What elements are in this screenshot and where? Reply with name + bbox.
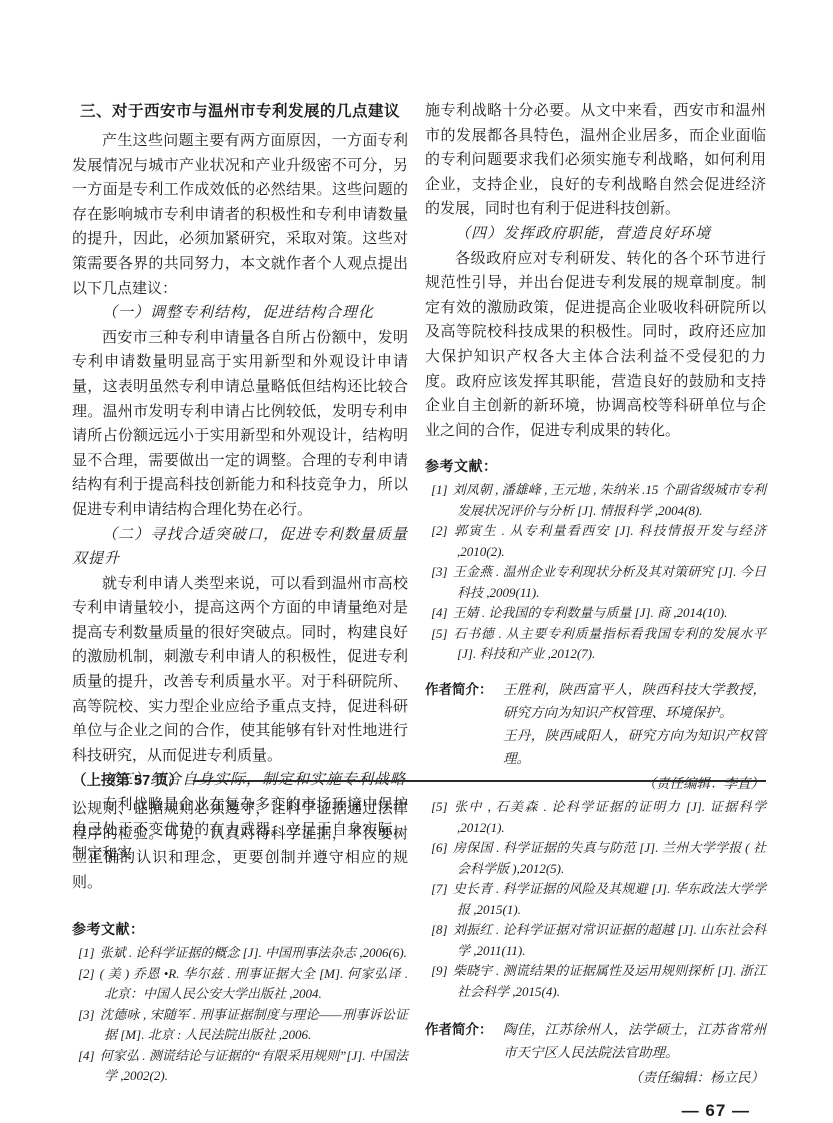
reference-text: 王婧 . 论我国的专利数量与质量 [J]. 商 ,2014(10). bbox=[453, 605, 728, 620]
article-patent: 三、对于西安市与温州市专利发展的几点建议 产生这些问题主要有两方面原因，一方面专… bbox=[72, 99, 766, 867]
sub-heading-1: （一）调整专利结构，促进结构合理化 bbox=[72, 301, 408, 326]
reference-number: [5] bbox=[431, 626, 448, 641]
reference-item: [9]柴晓宇 . 测谎结果的证据属性及运用规则探析 [J]. 浙江社会科学 ,2… bbox=[431, 961, 766, 1002]
reference-text: 柴晓宇 . 测谎结果的证据属性及运用规则探析 [J]. 浙江社会科学 ,2015… bbox=[453, 963, 766, 999]
reference-text: 刘凤朝 , 潘雄峰 , 王元地 , 朱纳米 .15 个副省级城市专利发展状况评价… bbox=[453, 482, 766, 518]
reference-item: [3]沈德咏 , 宋随军 . 刑事证据制度与理论——刑事诉讼证据 [M]. 北京… bbox=[78, 1005, 408, 1046]
editor-note: （责任编辑：杨立民） bbox=[503, 1066, 766, 1089]
reference-number: [5] bbox=[431, 799, 448, 814]
author-bio-line: 陶佳，江苏徐州人，法学硕士，江苏省常州市天宁区人民法院法官助理。 bbox=[503, 1018, 766, 1064]
reference-item: [2]( 美 ) 乔恩 •R. 华尔兹 . 刑事证据大全 [M]. 何家弘译 .… bbox=[78, 964, 408, 1005]
reference-text: ( 美 ) 乔恩 •R. 华尔兹 . 刑事证据大全 [M]. 何家弘译 . 北京… bbox=[100, 966, 408, 1002]
reference-item: [4]王婧 . 论我国的专利数量与质量 [J]. 商 ,2014(10). bbox=[431, 603, 766, 624]
reference-number: [1] bbox=[78, 945, 95, 960]
reference-item: [2]郭寅生 . 从专利量看西安 [J]. 科技情报开发与经济 ,2010(2)… bbox=[431, 521, 766, 562]
reference-item: [6]房保国 . 科学证据的失真与防范 [J]. 兰州大学学报 ( 社会科学版 … bbox=[431, 838, 766, 879]
sub-heading-2: （二）寻找合适突破口，促进专利数量质量双提升 bbox=[72, 523, 408, 572]
reference-text: 房保国 . 科学证据的失真与防范 [J]. 兰州大学学报 ( 社会科学版 ),2… bbox=[453, 840, 766, 876]
reference-list: [1]张斌 . 论科学证据的概念 [J]. 中国刑事法杂志 ,2006(6). … bbox=[78, 943, 408, 1087]
article-continued: （上接第 57 页） 讼规则、证据规则必须遵守，让科学证据通过法律程序的检验。可… bbox=[72, 771, 766, 1121]
top-left-column: 三、对于西安市与温州市专利发展的几点建议 产生这些问题主要有两方面原因，一方面专… bbox=[72, 99, 408, 867]
sub-heading-4: （四）发挥政府职能，营造良好环境 bbox=[425, 222, 766, 247]
author-bio: 作者简介： 陶佳，江苏徐州人，法学硕士，江苏省常州市天宁区人民法院法官助理。 （… bbox=[425, 1018, 766, 1089]
reference-item: [8]刘振红 . 论科学证据对常识证据的超越 [J]. 山东社会科学 ,2011… bbox=[431, 920, 766, 961]
reference-number: [6] bbox=[431, 840, 448, 855]
section-heading: 三、对于西安市与温州市专利发展的几点建议 bbox=[72, 99, 408, 125]
reference-text: 郭寅生 . 从专利量看西安 [J]. 科技情报开发与经济 ,2010(2). bbox=[453, 523, 766, 559]
paragraph-continuation: 施专利战略十分必要。从文中来看，西安市和温州市的发展都各具特色，温州企业居多，而… bbox=[425, 99, 766, 222]
paragraph-continuation: 讼规则、证据规则必须遵守，让科学证据通过法律程序的检验。可见，认真对待科学证据，… bbox=[72, 797, 408, 895]
references-title: 参考文献： bbox=[425, 456, 766, 477]
reference-number: [2] bbox=[78, 966, 95, 981]
continued-divider: （上接第 57 页） bbox=[72, 771, 766, 791]
author-bio-label: 作者简介： bbox=[425, 1018, 493, 1041]
references-title: 参考文献： bbox=[72, 919, 408, 940]
continued-from-label: （上接第 57 页） bbox=[72, 771, 183, 791]
reference-text: 石书德 . 从主要专利质量指标看我国专利的发展水平 [J]. 科技和产业 ,20… bbox=[453, 626, 766, 662]
paragraph: 就专利申请人类型来说，可以看到温州市高校专利申请量较小，提高这两个方面的申请量绝… bbox=[72, 572, 408, 769]
reference-list: [5]张中 , 石美森 . 论科学证据的证明力 [J]. 证据科学 ,2012(… bbox=[431, 797, 766, 1002]
reference-text: 张斌 . 论科学证据的概念 [J]. 中国刑事法杂志 ,2006(6). bbox=[100, 945, 407, 960]
paragraph: 产生这些问题主要有两方面原因，一方面专利发展情况与城市产业状况和产业升级密不可分… bbox=[72, 129, 408, 301]
reference-number: [2] bbox=[431, 523, 448, 538]
reference-item: [7]史长青 . 科学证据的风险及其规避 [J]. 华东政法大学学报 ,2015… bbox=[431, 879, 766, 920]
bottom-left-column: 讼规则、证据规则必须遵守，让科学证据通过法律程序的检验。可见，认真对待科学证据，… bbox=[72, 797, 408, 1121]
bottom-right-column: [5]张中 , 石美森 . 论科学证据的证明力 [J]. 证据科学 ,2012(… bbox=[425, 797, 766, 1121]
reference-text: 王金燕 . 温州企业专利现状分析及其对策研究 [J]. 今日科技 ,2009(1… bbox=[453, 564, 766, 600]
reference-number: [4] bbox=[78, 1048, 95, 1063]
reference-item: [1]张斌 . 论科学证据的概念 [J]. 中国刑事法杂志 ,2006(6). bbox=[78, 943, 408, 964]
reference-number: [1] bbox=[431, 482, 448, 497]
reference-text: 沈德咏 , 宋随军 . 刑事证据制度与理论——刑事诉讼证据 [M]. 北京 : … bbox=[100, 1007, 408, 1043]
author-bio-line: 王胜利，陕西富平人，陕西科技大学教授，研究方向为知识产权管理、环境保护。 bbox=[503, 678, 766, 724]
reference-text: 刘振红 . 论科学证据对常识证据的超越 [J]. 山东社会科学 ,2011(11… bbox=[453, 922, 766, 958]
author-bio-label: 作者简介： bbox=[425, 678, 493, 701]
reference-item: [5]石书德 . 从主要专利质量指标看我国专利的发展水平 [J]. 科技和产业 … bbox=[431, 624, 766, 665]
reference-number: [7] bbox=[431, 881, 448, 896]
reference-item: [5]张中 , 石美森 . 论科学证据的证明力 [J]. 证据科学 ,2012(… bbox=[431, 797, 766, 838]
reference-number: [4] bbox=[431, 605, 448, 620]
reference-text: 张中 , 石美森 . 论科学证据的证明力 [J]. 证据科学 ,2012(1). bbox=[453, 799, 766, 835]
reference-text: 何家弘 . 测谎结论与证据的“有限采用规则”[J]. 中国法学 ,2002(2)… bbox=[100, 1048, 408, 1084]
journal-page: 三、对于西安市与温州市专利发展的几点建议 产生这些问题主要有两方面原因，一方面专… bbox=[0, 0, 833, 1123]
reference-number: [9] bbox=[431, 963, 448, 978]
reference-list: [1]刘凤朝 , 潘雄峰 , 王元地 , 朱纳米 .15 个副省级城市专利发展状… bbox=[431, 480, 766, 665]
reference-item: [3]王金燕 . 温州企业专利现状分析及其对策研究 [J]. 今日科技 ,200… bbox=[431, 562, 766, 603]
reference-item: [1]刘凤朝 , 潘雄峰 , 王元地 , 朱纳米 .15 个副省级城市专利发展状… bbox=[431, 480, 766, 521]
page-number: — 67 — bbox=[425, 1101, 766, 1121]
paragraph: 西安市三种专利申请量各自所占份额中，发明专利申请数量明显高于实用新型和外观设计申… bbox=[72, 326, 408, 523]
reference-number: [3] bbox=[431, 564, 448, 579]
divider-line bbox=[193, 780, 766, 782]
reference-number: [8] bbox=[431, 922, 448, 937]
reference-item: [4]何家弘 . 测谎结论与证据的“有限采用规则”[J]. 中国法学 ,2002… bbox=[78, 1046, 408, 1087]
reference-number: [3] bbox=[78, 1007, 95, 1022]
reference-text: 史长青 . 科学证据的风险及其规避 [J]. 华东政法大学学报 ,2015(1)… bbox=[453, 881, 766, 917]
paragraph: 各级政府应对专利研发、转化的各个环节进行规范性引导，并出台促进专利发展的规章制度… bbox=[425, 247, 766, 444]
author-bio-line: 王丹，陕西咸阳人，研究方向为知识产权管理。 bbox=[503, 724, 766, 770]
top-right-column: 施专利战略十分必要。从文中来看，西安市和温州市的发展都各具特色，温州企业居多，而… bbox=[425, 99, 766, 867]
